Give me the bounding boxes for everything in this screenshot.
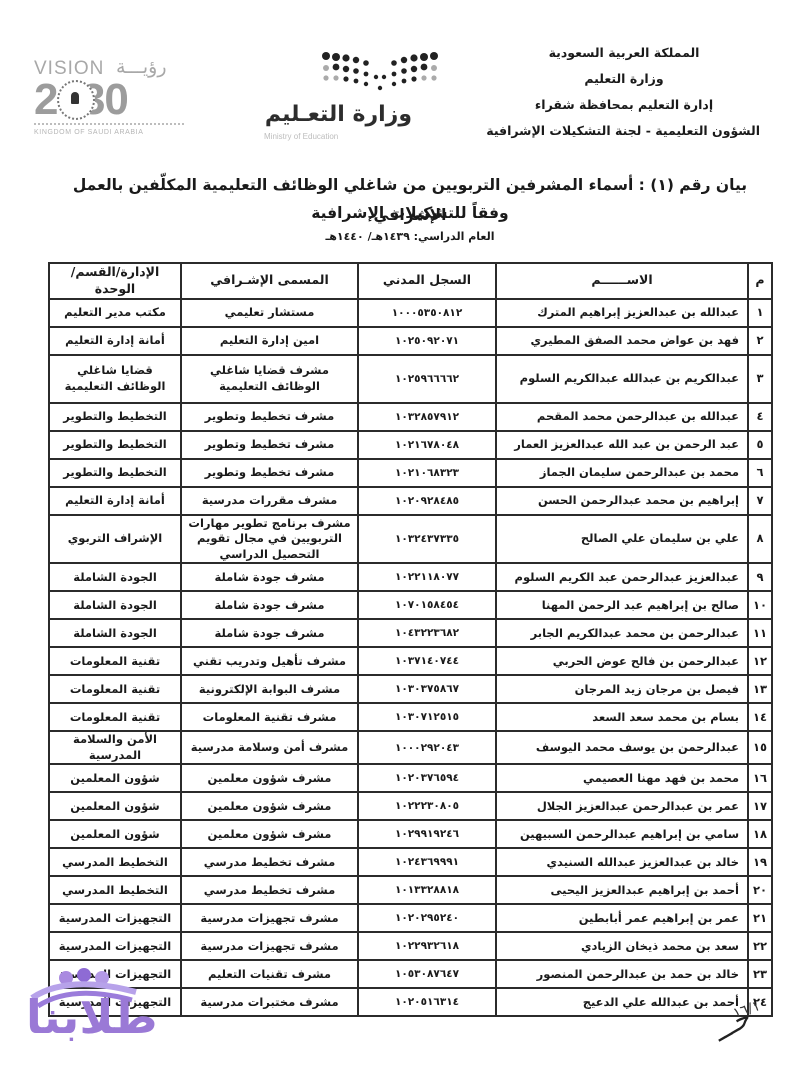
table-row: ٢ فهد بن عواض محمد الصفق المطيري ١٠٢٥٠٩٢… xyxy=(49,327,772,355)
ministry-name-en: Ministry of Education xyxy=(264,132,338,141)
cell-name: فيصل بن مرجان زيد المرجان xyxy=(496,675,748,703)
cell-no: ٢٣ xyxy=(748,960,772,988)
table-header-row: م الاســــــم السجل المدني المسمى الإشـر… xyxy=(49,263,772,299)
cell-civil-id: ١٠٢٤٣٦٩٩٩١ xyxy=(358,848,496,876)
cell-dept: قضايا شاغلي الوظائف التعليمية xyxy=(49,355,181,403)
cell-name: خالد بن عبدالعزيز عبدالله السنيدي xyxy=(496,848,748,876)
letterhead-ministry: وزارة التعليم xyxy=(500,66,748,92)
cell-civil-id: ١٠٢١٠٦٨٣٢٣ xyxy=(358,459,496,487)
cell-title: مشرف شؤون معلمين xyxy=(181,820,358,848)
cell-civil-id: ١٠٣٧١٤٠٧٤٤ xyxy=(358,647,496,675)
cell-no: ١ xyxy=(748,299,772,327)
cell-title: مشرف البوابة الإلكترونية xyxy=(181,675,358,703)
watermark-text: طلابنا xyxy=(26,990,158,1044)
ministry-name-ar: وزارة التعـليم xyxy=(262,102,412,127)
cell-title: مشرف شؤون معلمين xyxy=(181,764,358,792)
cell-no: ٨ xyxy=(748,515,772,564)
cell-dept: الجودة الشاملة xyxy=(49,563,181,591)
cell-dept: شؤون المعلمين xyxy=(49,764,181,792)
cell-title: مشرف تخطيط وتطوير xyxy=(181,459,358,487)
cell-no: ٢ xyxy=(748,327,772,355)
cell-name: سعد بن محمد ذيخان الزيادي xyxy=(496,932,748,960)
cell-title: مشرف تخطيط مدرسي xyxy=(181,848,358,876)
cell-title: مشرف أمن وسلامة مدرسية xyxy=(181,731,358,764)
title-line-2: وفقاً للتشكيلات الإشرافية xyxy=(60,200,760,226)
table-row: ١ عبدالله بن عبدالعزيز إبراهيم المترك ١٠… xyxy=(49,299,772,327)
cell-civil-id: ١٠٣٢٤٣٧٣٣٥ xyxy=(358,515,496,564)
cell-name: خالد بن حمد بن عبدالرحمن المنصور xyxy=(496,960,748,988)
table-row: ٧ إبراهيم بن محمد عبدالرحمن الحسن ١٠٢٠٩٢… xyxy=(49,487,772,515)
cell-civil-id: ١٠٧٠١٥٨٤٥٤ xyxy=(358,591,496,619)
title-line-1: بيان رقم (١) : أسماء المشرفين التربويين … xyxy=(60,170,760,200)
table-row: ١٢ عبدالرحمن بن فالح عوض الحربي ١٠٣٧١٤٠٧… xyxy=(49,647,772,675)
cell-dept: تقنية المعلومات xyxy=(49,675,181,703)
cell-dept: التخطيط والتطوير xyxy=(49,431,181,459)
cell-title: مشرف تجهيزات مدرسية xyxy=(181,904,358,932)
cell-dept: أمانة إدارة التعليم xyxy=(49,487,181,515)
saudi-emblem-icon xyxy=(57,80,95,120)
cell-civil-id: ١٠٢١٦٧٨٠٤٨ xyxy=(358,431,496,459)
cell-name: إبراهيم بن محمد عبدالرحمن الحسن xyxy=(496,487,748,515)
cell-no: ١٨ xyxy=(748,820,772,848)
cell-no: ١٣ xyxy=(748,675,772,703)
cell-dept: مكتب مدير التعليم xyxy=(49,299,181,327)
cell-civil-id: ١٠٤٣٢٢٣٦٨٢ xyxy=(358,619,496,647)
cell-no: ١٧ xyxy=(748,792,772,820)
letterhead-administration: إدارة التعليم بمحافظة شقراء xyxy=(500,92,748,118)
cell-name: عبدالله بن عبدالعزيز إبراهيم المترك xyxy=(496,299,748,327)
cell-name: محمد بن فهد مهنا العصيمي xyxy=(496,764,748,792)
table-row: ٢٠ أحمد بن إبراهيم عبدالعزيز اليحيى ١٠١٣… xyxy=(49,876,772,904)
cell-civil-id: ١٠٣٠٧١٢٥١٥ xyxy=(358,703,496,731)
table-row: ٤ عبدالله بن عبدالرحمن محمد المقحم ١٠٣٢٨… xyxy=(49,403,772,431)
header-name: الاســــــم xyxy=(496,263,748,299)
cell-name: عمر بن عبدالرحمن عبدالعزيز الجلال xyxy=(496,792,748,820)
header-department: الإدارة/القسم/الوحدة xyxy=(49,263,181,299)
cell-civil-id: ١٠٢٥٩٦٦٦٦٢ xyxy=(358,355,496,403)
watermark-logo: طلابنا xyxy=(22,968,152,1053)
cell-no: ٤ xyxy=(748,403,772,431)
cell-dept: تقنية المعلومات xyxy=(49,703,181,731)
cell-title: مشرف جودة شاملة xyxy=(181,591,358,619)
cell-title: مشرف تخطيط مدرسي xyxy=(181,876,358,904)
table-row: ١٧ عمر بن عبدالرحمن عبدالعزيز الجلال ١٠٢… xyxy=(49,792,772,820)
cell-title: مشرف برنامج تطوير مهارات التربويين في مج… xyxy=(181,515,358,564)
table-row: ٥ عبد الرحمن بن عبد الله عبدالعزيز العما… xyxy=(49,431,772,459)
cell-name: محمد بن عبدالرحمن سليمان الجماز xyxy=(496,459,748,487)
cell-name: عبدالله بن عبدالرحمن محمد المقحم xyxy=(496,403,748,431)
header-civil-id: السجل المدني xyxy=(358,263,496,299)
cell-title: مشرف مختبرات مدرسية xyxy=(181,988,358,1016)
cell-no: ٦ xyxy=(748,459,772,487)
cell-no: ٢١ xyxy=(748,904,772,932)
cell-civil-id: ١٠٢٢٢٣٠٨٠٥ xyxy=(358,792,496,820)
cell-dept: التخطيط والتطوير xyxy=(49,403,181,431)
header-supervisory-title: المسمى الإشـرافي xyxy=(181,263,358,299)
cell-name: فهد بن عواض محمد الصفق المطيري xyxy=(496,327,748,355)
table-row: ١٥ عبدالرحمن بن يوسف محمد اليوسف ١٠٠٠٢٩٢… xyxy=(49,731,772,764)
cell-civil-id: ١٠٢٠٩٢٨٤٨٥ xyxy=(358,487,496,515)
cell-title: مشرف تخطيط وتطوير xyxy=(181,403,358,431)
cell-dept: شؤون المعلمين xyxy=(49,820,181,848)
cell-title: مشرف تجهيزات مدرسية xyxy=(181,932,358,960)
cell-dept: التجهيزات المدرسية xyxy=(49,932,181,960)
table-row: ١٠ صالح بن إبراهيم عبد الرحمن المهنا ١٠٧… xyxy=(49,591,772,619)
cell-name: عبدالرحمن بن يوسف محمد اليوسف xyxy=(496,731,748,764)
cell-civil-id: ١٠١٣٣٢٨٨١٨ xyxy=(358,876,496,904)
table-row: ٣ عبدالكريم بن عبدالله عبدالكريم السلوم … xyxy=(49,355,772,403)
letterhead: المملكة العربية السعودية وزارة التعليم إ… xyxy=(500,40,748,144)
cell-civil-id: ١٠٢٩٩١٩٢٤٦ xyxy=(358,820,496,848)
table-row: ١٦ محمد بن فهد مهنا العصيمي ١٠٢٠٣٧٦٥٩٤ م… xyxy=(49,764,772,792)
cell-title: مشرف تقنية المعلومات xyxy=(181,703,358,731)
cell-no: ٩ xyxy=(748,563,772,591)
cell-dept: التخطيط المدرسي xyxy=(49,848,181,876)
cell-no: ٢٢ xyxy=(748,932,772,960)
table-row: ٨ علي بن سليمان علي الصالح ١٠٣٢٤٣٧٣٣٥ مش… xyxy=(49,515,772,564)
letterhead-kingdom: المملكة العربية السعودية xyxy=(500,40,748,66)
table-row: ٢١ عمر بن إبراهيم عمر أبابطين ١٠٢٠٢٩٥٢٤٠… xyxy=(49,904,772,932)
cell-title: مشرف جودة شاملة xyxy=(181,563,358,591)
cell-dept: الجودة الشاملة xyxy=(49,619,181,647)
handwritten-signature: ١٦/١ حـــ xyxy=(705,1000,785,1050)
cell-name: صالح بن إبراهيم عبد الرحمن المهنا xyxy=(496,591,748,619)
cell-civil-id: ١٠٢٠٣٧٦٥٩٤ xyxy=(358,764,496,792)
cell-civil-id: ١٠٣٢٨٥٧٩١٢ xyxy=(358,403,496,431)
table-row: ١٩ خالد بن عبدالعزيز عبدالله السنيدي ١٠٢… xyxy=(49,848,772,876)
cell-name: بسام بن محمد سعد السعد xyxy=(496,703,748,731)
table-row: ٢٢ سعد بن محمد ذيخان الزيادي ١٠٢٢٩٣٢٦١٨ … xyxy=(49,932,772,960)
table-row: ١٤ بسام بن محمد سعد السعد ١٠٣٠٧١٢٥١٥ مشر… xyxy=(49,703,772,731)
moe-dots-icon xyxy=(320,50,440,98)
table-row: ٦ محمد بن عبدالرحمن سليمان الجماز ١٠٢١٠٦… xyxy=(49,459,772,487)
table-row: ٩ عبدالعزيز عبدالرحمن عبد الكريم السلوم … xyxy=(49,563,772,591)
cell-dept: الإشراف التربوي xyxy=(49,515,181,564)
vision-2030-logo: VISION رؤيـــة 2030 KINGDOM OF SAUDI ARA… xyxy=(34,58,194,143)
cell-no: ١٠ xyxy=(748,591,772,619)
cell-dept: التجهيزات المدرسية xyxy=(49,904,181,932)
cell-title: مستشار تعليمي xyxy=(181,299,358,327)
vision-divider xyxy=(34,123,184,127)
cell-name: عمر بن إبراهيم عمر أبابطين xyxy=(496,904,748,932)
cell-name: سامي بن إبراهيم عبدالرحمن السبيهين xyxy=(496,820,748,848)
cell-name: عبدالرحمن بن محمد عبدالكريم الجابر xyxy=(496,619,748,647)
cell-title: مشرف مقررات مدرسية xyxy=(181,487,358,515)
cell-civil-id: ١٠٥٣٠٨٧٦٤٧ xyxy=(358,960,496,988)
table-row: ١٨ سامي بن إبراهيم عبدالرحمن السبيهين ١٠… xyxy=(49,820,772,848)
cell-name: عبدالكريم بن عبدالله عبدالكريم السلوم xyxy=(496,355,748,403)
cell-dept: التخطيط المدرسي xyxy=(49,876,181,904)
document-title: بيان رقم (١) : أسماء المشرفين التربويين … xyxy=(60,170,760,248)
vision-subtitle: KINGDOM OF SAUDI ARABIA xyxy=(34,129,143,136)
cell-no: ٢٠ xyxy=(748,876,772,904)
cell-title: مشرف تقنيات التعليم xyxy=(181,960,358,988)
cell-title: مشرف تأهيل وتدريب تقني xyxy=(181,647,358,675)
table-row: ١١ عبدالرحمن بن محمد عبدالكريم الجابر ١٠… xyxy=(49,619,772,647)
table-row: ٢٣ خالد بن حمد بن عبدالرحمن المنصور ١٠٥٣… xyxy=(49,960,772,988)
cell-title: مشرف جودة شاملة xyxy=(181,619,358,647)
letterhead-committee: الشؤون التعليمية - لجنة التشكيلات الإشرا… xyxy=(500,118,760,144)
cell-civil-id: ١٠٢٠٥١٦٣١٤ xyxy=(358,988,496,1016)
academic-year: العام الدراسي: ١٤٣٩هـ/ ١٤٤٠هـ xyxy=(60,226,760,248)
cell-dept: التخطيط والتطوير xyxy=(49,459,181,487)
cell-name: أحمد بن إبراهيم عبدالعزيز اليحيى xyxy=(496,876,748,904)
cell-no: ١٥ xyxy=(748,731,772,764)
cell-title: مشرف تخطيط وتطوير xyxy=(181,431,358,459)
cell-title: امين إدارة التعليم xyxy=(181,327,358,355)
cell-no: ١١ xyxy=(748,619,772,647)
cell-title: مشرف قضايا شاغلي الوظائف التعليمية xyxy=(181,355,358,403)
cell-no: ١٩ xyxy=(748,848,772,876)
cell-name: عبدالرحمن بن فالح عوض الحربي xyxy=(496,647,748,675)
cell-no: ١٢ xyxy=(748,647,772,675)
cell-civil-id: ١٠٠٠٢٩٢٠٤٣ xyxy=(358,731,496,764)
cell-civil-id: ١٠٢٥٠٩٢٠٧١ xyxy=(358,327,496,355)
cell-dept: تقنية المعلومات xyxy=(49,647,181,675)
ministry-of-education-logo: وزارة التعـليم Ministry of Education xyxy=(262,50,462,150)
cell-name: عبد الرحمن بن عبد الله عبدالعزيز العمار xyxy=(496,431,748,459)
cell-no: ٥ xyxy=(748,431,772,459)
cell-civil-id: ١٠٢٢١١٨٠٧٧ xyxy=(358,563,496,591)
cell-dept: أمانة إدارة التعليم xyxy=(49,327,181,355)
cell-dept: شؤون المعلمين xyxy=(49,792,181,820)
cell-dept: الأمن والسلامة المدرسية xyxy=(49,731,181,764)
cell-no: ٧ xyxy=(748,487,772,515)
cell-name: علي بن سليمان علي الصالح xyxy=(496,515,748,564)
cell-name: عبدالعزيز عبدالرحمن عبد الكريم السلوم xyxy=(496,563,748,591)
cell-civil-id: ١٠٢٠٢٩٥٢٤٠ xyxy=(358,904,496,932)
header-no: م xyxy=(748,263,772,299)
cell-civil-id: ١٠٠٠٥٣٥٠٨١٢ xyxy=(358,299,496,327)
cell-dept: الجودة الشاملة xyxy=(49,591,181,619)
cell-civil-id: ١٠٢٢٩٣٢٦١٨ xyxy=(358,932,496,960)
cell-no: ٣ xyxy=(748,355,772,403)
cell-no: ١٦ xyxy=(748,764,772,792)
cell-civil-id: ١٠٣٠٣٧٥٨٦٧ xyxy=(358,675,496,703)
cell-title: مشرف شؤون معلمين xyxy=(181,792,358,820)
table-row: ١٣ فيصل بن مرجان زيد المرجان ١٠٣٠٣٧٥٨٦٧ … xyxy=(49,675,772,703)
supervisors-table: م الاســــــم السجل المدني المسمى الإشـر… xyxy=(48,262,773,1017)
cell-no: ١٤ xyxy=(748,703,772,731)
